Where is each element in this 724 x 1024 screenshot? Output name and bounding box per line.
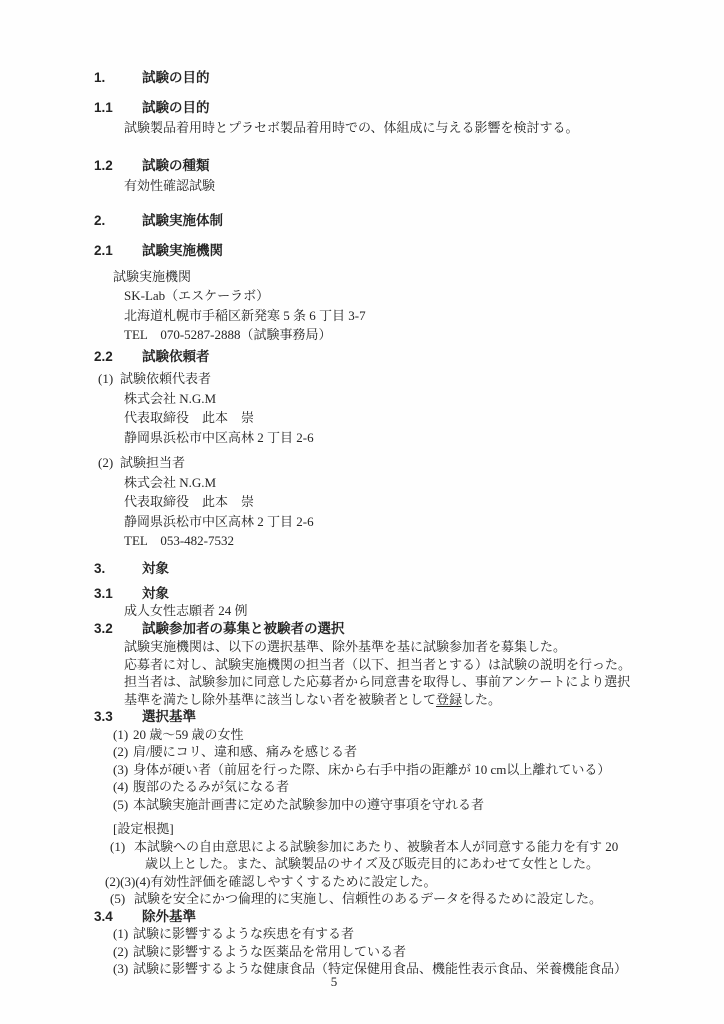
section-heading-2: 2. 試験実施体制 (94, 211, 634, 231)
list-item-text: 試験に影響するような医薬品を常用している者 (133, 943, 406, 961)
list-item: (2) 試験担当者 (98, 453, 634, 473)
subsection-heading-3-3: 3.3 選択基準 (94, 708, 634, 726)
section-3: 3. 対象 3.1 対象 成人女性志願者 24 例 3.2 試験参加者の募集と被… (94, 559, 634, 978)
heading-title: 試験の種類 (142, 156, 210, 176)
list-marker: (5) (110, 890, 134, 908)
list-marker: (1) (113, 925, 133, 943)
selection-criteria-list: (1) 20 歳～59 歳の女性 (2) 肩/腰にコリ、違和感、痛みを感じる者 … (94, 726, 634, 814)
heading-number: 3.4 (94, 908, 142, 926)
institution-address: 北海道札幌市手稲区新発寒 5 条 6 丁目 3-7 (124, 306, 634, 326)
page-number: 5 (322, 974, 346, 990)
heading-title: 試験の目的 (142, 68, 210, 88)
list-item-text: 腹部のたるみが気になる者 (133, 778, 289, 796)
heading-title: 試験の目的 (142, 98, 210, 118)
list-item: (3) 身体が硬い者（前屈を行った際、床から右手中指の距離が 10 cm以上離れ… (113, 761, 634, 779)
list-item-title: 試験依頼代表者 (120, 369, 211, 389)
subsection-heading-2-1: 2.1 試験実施機関 (94, 241, 634, 261)
list-item-text: 試験を安全にかつ倫理的に実施し、信頼性のあるデータを得るために設定した。 (134, 890, 602, 908)
document-page: 1. 試験の目的 1.1 試験の目的 試験製品着用時とプラセボ製品着用時での、体… (0, 0, 724, 1024)
list-marker: (1) (110, 838, 134, 856)
representative-name: 代表取締役 此本 崇 (124, 408, 634, 428)
subsection-heading-1-2: 1.2 試験の種類 (94, 156, 634, 176)
representative-name: 代表取締役 此本 崇 (124, 492, 634, 512)
list-marker: (2) (113, 943, 133, 961)
company-tel: TEL 053-482-7532 (124, 531, 634, 551)
list-marker: (3) (113, 761, 133, 779)
list-item-text: 20 歳～59 歳の女性 (133, 726, 244, 744)
list-marker: (1) (98, 369, 120, 389)
heading-number: 2.1 (94, 241, 142, 261)
institution-label: 試験実施機関 (113, 267, 634, 287)
subsection-heading-3-1: 3.1 対象 (94, 585, 634, 603)
list-marker: (2) (113, 743, 133, 761)
section-2: 2. 試験実施体制 2.1 試験実施機関 試験実施機関 SK-Lab（エスケーラ… (94, 211, 634, 551)
list-item-text: 身体が硬い者（前屈を行った際、床から右手中指の距離が 10 cm以上離れている） (133, 761, 610, 779)
company-name: 株式会社 N.G.M (124, 473, 634, 493)
list-marker: (5) (113, 796, 133, 814)
sponsor-representative-item: (1) 試験依頼代表者 株式会社 N.G.M 代表取締役 此本 崇 静岡県浜松市… (94, 369, 634, 447)
list-marker: (3) (113, 960, 133, 978)
list-marker: (4) (113, 778, 133, 796)
rationale-label: [設定根拠] (113, 820, 634, 838)
section-1: 1. 試験の目的 1.1 試験の目的 試験製品着用時とプラセボ製品着用時での、体… (94, 68, 634, 195)
subsection-heading-2-2: 2.2 試験依頼者 (94, 347, 634, 367)
institution-name: SK-Lab（エスケーラボ） (124, 286, 634, 306)
heading-number: 1.1 (94, 98, 142, 118)
heading-title: 選択基準 (142, 708, 196, 726)
list-item-text: 肩/腰にコリ、違和感、痛みを感じる者 (133, 743, 357, 761)
paragraph-line: 担当者は、試験参加に同意した応募者から同意書を取得し、事前アンケートにより選択 (124, 673, 634, 691)
institution-block: 試験実施機関 SK-Lab（エスケーラボ） 北海道札幌市手稲区新発寒 5 条 6… (94, 267, 634, 345)
list-item: (4) 腹部のたるみが気になる者 (113, 778, 634, 796)
paragraph-text: 基準を満たし除外基準に該当しない者を被験者として (124, 692, 436, 707)
section-heading-3: 3. 対象 (94, 559, 634, 579)
heading-number: 1. (94, 68, 142, 88)
heading-title: 対象 (142, 559, 169, 579)
document-body: 1. 試験の目的 1.1 試験の目的 試験製品着用時とプラセボ製品着用時での、体… (94, 68, 634, 978)
list-marker: (1) (113, 726, 133, 744)
heading-title: 試験依頼者 (142, 347, 210, 367)
list-item-text: 本試験実施計画書に定めた試験参加中の遵守事項を守れる者 (133, 796, 484, 814)
paragraph-line: 応募者に対し、試験実施機関の担当者（以下、担当者とする）は試験の説明を行った。 (124, 656, 634, 674)
heading-title: 試験実施体制 (142, 211, 223, 231)
institution-tel: TEL 070-5287-2888（試験事務局） (124, 325, 634, 345)
company-name: 株式会社 N.G.M (124, 389, 634, 409)
list-item: (1) 試験に影響するような疾患を有する者 (113, 925, 634, 943)
paragraph-line: 試験実施機関は、以下の選択基準、除外基準を基に試験参加者を募集した。 (124, 638, 634, 656)
heading-number: 1.2 (94, 156, 142, 176)
underlined-text: 登録 (436, 692, 462, 707)
heading-number: 2.2 (94, 347, 142, 367)
list-item: (2) 肩/腰にコリ、違和感、痛みを感じる者 (113, 743, 634, 761)
heading-number: 3.1 (94, 585, 142, 603)
list-item-text: 本試験への自由意思による試験参加にあたり、被験者本人が同意する能力を有す 20 (134, 838, 618, 856)
heading-number: 2. (94, 211, 142, 231)
subsection-heading-3-4: 3.4 除外基準 (94, 908, 634, 926)
paragraph-line: 基準を満たし除外基準に該当しない者を被験者として登録した。 (124, 691, 634, 709)
list-item: (2)(3)(4)有効性評価を確認しやすくするために設定した。 (105, 873, 634, 891)
list-item: (1) 20 歳～59 歳の女性 (113, 726, 634, 744)
list-item-continuation: 歳以上とした。また、試験製品のサイズ及び販売目的にあわせて女性とした。 (145, 855, 634, 873)
paragraph-purpose: 試験製品着用時とプラセボ製品着用時での、体組成に与える影響を検討する。 (124, 118, 634, 138)
list-item: (3) 試験に影響するような健康食品（特定保健用食品、機能性表示食品、栄養機能食… (113, 960, 634, 978)
rationale-block: [設定根拠] (1) 本試験への自由意思による試験参加にあたり、被験者本人が同意… (94, 820, 634, 908)
exclusion-criteria-list: (1) 試験に影響するような疾患を有する者 (2) 試験に影響するような医薬品を… (94, 925, 634, 978)
list-item: (1) 試験依頼代表者 (98, 369, 634, 389)
heading-number: 3.3 (94, 708, 142, 726)
list-item-text: 試験に影響するような健康食品（特定保健用食品、機能性表示食品、栄養機能食品） (133, 960, 627, 978)
heading-number: 3. (94, 559, 142, 579)
section-heading-1: 1. 試験の目的 (94, 68, 634, 88)
paragraph-text: した。 (462, 692, 501, 707)
recruitment-paragraph: 試験実施機関は、以下の選択基準、除外基準を基に試験参加者を募集した。 応募者に対… (94, 638, 634, 708)
company-address: 静岡県浜松市中区高林 2 丁目 2-6 (124, 512, 634, 532)
paragraph-subjects: 成人女性志願者 24 例 (124, 602, 634, 620)
list-item-title: 試験担当者 (120, 453, 185, 473)
list-item: (2) 試験に影響するような医薬品を常用している者 (113, 943, 634, 961)
paragraph-study-type: 有効性確認試験 (124, 176, 634, 196)
heading-title: 対象 (142, 585, 169, 603)
heading-title: 除外基準 (142, 908, 196, 926)
subsection-heading-1-1: 1.1 試験の目的 (94, 98, 634, 118)
study-staff-item: (2) 試験担当者 株式会社 N.G.M 代表取締役 此本 崇 静岡県浜松市中区… (94, 453, 634, 551)
list-marker: (2) (98, 453, 120, 473)
list-item: (1) 本試験への自由意思による試験参加にあたり、被験者本人が同意する能力を有す… (110, 838, 634, 856)
heading-title: 試験実施機関 (142, 241, 223, 261)
heading-number: 3.2 (94, 620, 142, 638)
list-item: (5) 試験を安全にかつ倫理的に実施し、信頼性のあるデータを得るために設定した。 (110, 890, 634, 908)
heading-title: 試験参加者の募集と被験者の選択 (142, 620, 345, 638)
list-item-text: 試験に影響するような疾患を有する者 (133, 925, 354, 943)
company-address: 静岡県浜松市中区高林 2 丁目 2-6 (124, 428, 634, 448)
list-item: (5) 本試験実施計画書に定めた試験参加中の遵守事項を守れる者 (113, 796, 634, 814)
subsection-heading-3-2: 3.2 試験参加者の募集と被験者の選択 (94, 620, 634, 638)
